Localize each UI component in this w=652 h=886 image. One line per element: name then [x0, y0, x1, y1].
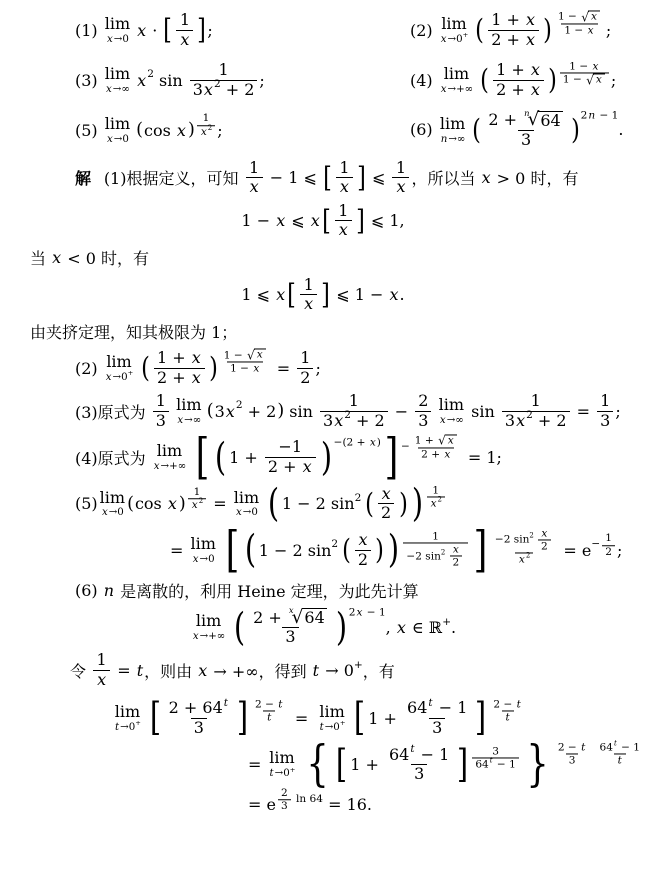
math-text: lim	[440, 116, 465, 133]
math-text: (6)	[410, 120, 438, 139]
limit-subscript: x→0+	[105, 372, 134, 382]
math-variable: t	[505, 712, 511, 724]
limit-name: lim	[100, 490, 125, 507]
math-variable: t	[312, 661, 320, 680]
math-text: 1 +	[415, 435, 437, 447]
limit-name: lim	[440, 116, 465, 133]
math-text: 1	[531, 392, 541, 410]
fraction: 13	[597, 392, 613, 430]
fraction: 12	[297, 349, 313, 387]
denominator: 3	[153, 411, 169, 430]
open-fence: [	[287, 282, 296, 308]
limit-operator: limx→0	[234, 490, 259, 518]
math-variable: x	[590, 12, 598, 24]
math-text: 1	[156, 392, 166, 410]
fence-content: 1x	[173, 11, 196, 49]
math-variable: x	[530, 81, 541, 99]
fenced-group: (1 + x2 + x)	[479, 61, 558, 99]
numerator: 2 + n√64	[485, 111, 566, 130]
math-variable: x	[105, 372, 113, 382]
fraction: 1 − x1 − √x	[560, 61, 609, 87]
numerator: 1 − √x	[221, 349, 270, 362]
limit-subscript: x→∞	[176, 415, 201, 425]
superscript: 2	[438, 497, 442, 505]
limit-subscript: t→0+	[269, 768, 296, 778]
close-fence: )	[209, 355, 218, 381]
math-text: 1	[339, 159, 349, 177]
math-text: < 0 时，有	[62, 246, 149, 269]
math-text: 64	[304, 609, 324, 627]
denominator: 3	[597, 411, 613, 430]
math-text: 1	[249, 159, 259, 177]
math-text: −	[591, 539, 600, 551]
numerator: 1	[153, 392, 169, 410]
limit-name: lim	[176, 397, 201, 414]
numerator: 1 − x	[566, 61, 602, 73]
math-variable: x	[395, 178, 406, 196]
limit-name: lim	[196, 613, 221, 630]
superscript: +	[354, 660, 363, 672]
math-text: lim	[234, 490, 259, 507]
math-variable: x	[191, 369, 202, 387]
math-text: 64	[600, 741, 613, 753]
fraction: x2	[354, 531, 371, 569]
fenced-group: (1 + −12 + x)	[213, 438, 334, 476]
close-fence: ]	[321, 282, 330, 308]
math-text: 3	[432, 719, 442, 737]
radical-body: x	[593, 74, 605, 87]
numerator: 1	[393, 159, 409, 177]
solution-6-intro: (6) n 是离散的，利用 Heine 定理，为此先计算	[30, 577, 646, 603]
math-text: →0	[200, 554, 215, 564]
math-text: ;	[617, 541, 622, 560]
superscript: 2	[331, 539, 338, 551]
problem-5: (5) limx→0(cos x)1x2;	[30, 116, 365, 144]
numerator: 1	[177, 11, 193, 29]
problem-1: (1) limx→0x · [1x];	[30, 11, 365, 49]
denominator: 3	[278, 800, 291, 813]
numerator: 1	[429, 530, 442, 542]
fenced-group: (cos x)	[127, 494, 186, 513]
math-text: 1 +	[491, 11, 525, 29]
math-text: cos	[144, 121, 176, 140]
fence-content: 1x	[333, 159, 356, 197]
close-fence: }	[526, 742, 548, 787]
math-text: ，则由	[144, 659, 197, 682]
math-text: =	[112, 661, 136, 680]
math-variable: n	[103, 581, 115, 600]
superscript: 23 ln 64	[276, 788, 323, 813]
radical-body: x	[445, 434, 457, 447]
limit-operator: limx→∞	[176, 397, 201, 425]
fraction: 13x2 + 2	[320, 392, 388, 430]
denominator: x	[336, 177, 353, 196]
math-text: 2	[331, 539, 338, 551]
math-text: 64	[475, 758, 488, 770]
denominator: t	[502, 711, 514, 724]
open-fence: [	[336, 747, 347, 782]
math-text: 2 +	[157, 369, 191, 387]
math-text: 3	[194, 719, 204, 737]
math-text: 64	[389, 746, 409, 764]
numerator: 1	[297, 349, 313, 367]
math-text: −	[401, 441, 410, 453]
math-text: 1 −	[241, 211, 275, 230]
math-text: 2	[199, 499, 203, 507]
math-text: − 1 ⩽	[265, 168, 322, 187]
open-fence: [	[323, 165, 332, 191]
numerator: 1 + x	[488, 11, 539, 29]
math-text: 1 −	[563, 74, 585, 86]
math-text: ·	[147, 21, 162, 40]
superscript: +	[463, 32, 469, 39]
radical: x√64	[288, 608, 327, 627]
math-text: −(2 +	[334, 438, 369, 450]
math-variable: x	[101, 507, 109, 517]
math-text: (6)	[75, 581, 103, 600]
limit-subscript: x→∞	[439, 415, 464, 425]
math-variable: t	[277, 699, 283, 711]
limit-subscript: x→+∞	[440, 84, 473, 94]
fraction: 13x2 + 2	[190, 61, 258, 99]
open-fence: (	[234, 610, 245, 645]
numerator: 1	[597, 392, 613, 410]
final-eq-line2: = limt→0+{[1 + 64t − 13]364t − 1}2 − t36…	[30, 742, 646, 787]
superscript: 2	[526, 410, 533, 422]
solution-5-line2: = limx→0[(1 − 2 sin2(x2))1−2 sin2x2]−2 s…	[30, 528, 646, 573]
math-variable: t	[617, 755, 623, 767]
fence-content: 1 + 64t − 13	[349, 746, 455, 784]
fraction: 364t − 1	[472, 745, 518, 770]
math-text: 3	[505, 412, 515, 430]
math-text: lim	[176, 397, 201, 414]
math-text: 2	[344, 410, 351, 422]
math-variable: x	[396, 618, 407, 637]
open-fence: (	[475, 17, 484, 43]
fraction: 64t − 13	[404, 699, 470, 737]
close-fence: )	[543, 17, 552, 43]
math-variable: x	[310, 211, 321, 230]
open-fence: [	[150, 700, 161, 735]
close-fence: ]	[237, 700, 248, 735]
open-fence: (	[207, 403, 214, 419]
numerator: x	[378, 485, 395, 503]
numerator: 1	[336, 159, 352, 177]
numerator: −1	[275, 438, 305, 456]
math-text: →0	[275, 768, 290, 778]
math-variable: x	[530, 61, 541, 79]
math-text: 2	[349, 608, 356, 620]
superscript: 2	[199, 499, 203, 507]
equation-positive-x: 1 − x ⩽ x[1x] ⩽ 1,	[30, 202, 646, 240]
superscript: 2	[236, 400, 243, 412]
math-text: + 2	[533, 412, 567, 430]
limit-subscript: x→0+	[440, 34, 469, 44]
fence-content: 1 + x2 + x	[151, 349, 208, 387]
limit-name: lim	[439, 397, 464, 414]
limit-subscript: x→0	[106, 134, 129, 144]
superscript: 1x2	[425, 484, 447, 509]
math-text: − 1	[416, 746, 450, 764]
math-variable: x	[338, 221, 349, 239]
final-eq-line3: = e23 ln 64 = 16.	[30, 792, 646, 818]
numerator: 1	[301, 276, 317, 294]
fraction: 2 + x√643	[250, 608, 331, 646]
fence-content: 1x	[332, 202, 355, 240]
math-text: 2	[208, 125, 212, 133]
fence-content: 1 + −12 + x	[228, 438, 319, 476]
math-text: −1	[278, 438, 302, 456]
limit-operator: limx→0	[105, 16, 130, 44]
math-text: 3	[156, 412, 166, 430]
math-text: 2	[418, 392, 428, 410]
math-variable: x	[339, 178, 350, 196]
math-text: =	[208, 494, 232, 513]
limit-operator: limx→0	[105, 116, 130, 144]
radical-body: x	[254, 349, 266, 362]
math-text: lim	[105, 66, 130, 83]
close-fence: )	[188, 122, 195, 138]
fraction: 23	[278, 788, 291, 813]
superscript: −(2 + x)	[334, 438, 381, 450]
superscript: t	[409, 744, 415, 756]
math-text: →0	[109, 507, 124, 517]
limit-operator: limx→0	[100, 490, 125, 518]
fraction: x2	[449, 543, 463, 568]
math-text: 1	[338, 202, 348, 220]
math-text: 2	[526, 410, 533, 422]
math-text: lim	[105, 16, 130, 33]
numerator: 2 − t	[555, 741, 590, 753]
math-text: =	[170, 541, 189, 560]
superscript: 1 − √x1 − x	[553, 11, 606, 37]
problem-6: (6) limn→∞(2 + n√643)2n − 1.	[365, 111, 624, 149]
superscript: t	[427, 698, 433, 710]
final-eq-line1: limt→0+[2 + 64t3]2 − tt= limt→0+[1 + 64t…	[30, 699, 646, 737]
math-text: 1 − 2 sin	[259, 541, 332, 560]
numerator: 2 + x√64	[250, 608, 331, 627]
denominator: 2	[602, 545, 615, 558]
fraction: x2	[537, 527, 551, 552]
squeeze-conclusion: 由夹挤定理，知其极限为 1；	[30, 318, 646, 344]
math-text: 2 +	[268, 458, 302, 476]
math-text: 当	[30, 246, 51, 269]
math-text: → 0	[320, 661, 354, 680]
fraction: 2 − t3	[555, 741, 590, 766]
open-fence: [	[354, 700, 365, 735]
fraction: 1 + x2 + x	[488, 11, 539, 49]
denominator: x	[300, 294, 317, 313]
open-fence: [	[322, 208, 331, 234]
math-variable: t	[409, 744, 415, 756]
denominator: t	[263, 711, 275, 724]
math-text: 2 −	[558, 741, 580, 753]
fence-content: (1 + −12 + x)−(2 + x)	[212, 438, 382, 476]
denominator: 2	[538, 539, 551, 552]
denominator: 2	[378, 503, 394, 522]
math-text: 2	[147, 69, 154, 81]
math-variable: x	[136, 71, 147, 90]
math-variable: x	[179, 31, 190, 49]
limit-subscript: x→0	[101, 507, 124, 517]
fence-content: 1x	[297, 276, 320, 314]
close-fence: )	[399, 491, 408, 517]
numerator: 2	[415, 392, 431, 410]
math-variable: x	[440, 84, 448, 94]
math-text: →∞	[447, 415, 464, 425]
limit-subscript: x→0	[192, 554, 215, 564]
math-text: 2	[214, 79, 221, 91]
math-text: 1	[432, 530, 439, 542]
fenced-group: (2 + n√643)	[471, 111, 580, 149]
math-text: 1 −	[569, 61, 591, 73]
math-variable: x	[369, 438, 377, 450]
denominator: 3	[518, 130, 534, 149]
math-variable: x	[51, 248, 62, 267]
math-variable: x	[191, 499, 199, 511]
fence-content: 1 + 64t − 13	[367, 699, 473, 737]
close-fence: ]	[475, 700, 486, 735]
math-variable: t	[580, 741, 586, 753]
math-text: →0	[114, 34, 129, 44]
superscript: 2	[441, 549, 445, 557]
math-text: (3)	[75, 71, 103, 90]
open-fence: (	[245, 532, 256, 567]
math-text: cos	[135, 494, 167, 513]
denominator: x	[392, 177, 409, 196]
math-variable: t	[266, 712, 272, 724]
problem-4: (4) limx→+∞(1 + x2 + x)1 − x1 − √x;	[365, 61, 616, 99]
radical-index: x	[288, 606, 295, 616]
math-text: 1	[218, 61, 228, 79]
math-text: 3	[414, 765, 424, 783]
math-text: = e	[248, 795, 276, 814]
solution-2: (2) limx→0+(1 + x2 + x)1 − √x1 − x = 12;	[30, 349, 646, 387]
fraction: 1x	[336, 159, 353, 197]
math-text: →0	[114, 134, 129, 144]
math-text: +	[442, 617, 451, 629]
fraction: −12 + x	[265, 438, 316, 476]
fraction: 1x	[335, 202, 352, 240]
limit-name: lim	[105, 66, 130, 83]
denominator: −2 sin2x2	[403, 542, 467, 568]
denominator: x	[93, 670, 110, 689]
denominator: 3	[191, 718, 207, 737]
radical-body: 64	[538, 111, 562, 130]
superscript: t	[613, 741, 618, 749]
math-text: sin	[284, 402, 318, 421]
math-text: =	[248, 755, 267, 774]
open-fence: [	[196, 435, 210, 480]
open-fence: (	[480, 67, 489, 93]
denominator: 3x2 + 2	[320, 411, 388, 430]
math-text: +	[135, 720, 141, 727]
fence-content: 1 − 2 sin2(x2)	[258, 531, 387, 569]
fraction: 23	[415, 392, 431, 430]
close-fence: ]	[474, 528, 488, 573]
math-text: −2 sin	[495, 534, 529, 546]
math-variable: x	[515, 412, 526, 430]
math-text: −	[390, 402, 414, 421]
limit-name: lim	[191, 536, 216, 553]
math-variable: x	[200, 126, 208, 138]
numerator: 1	[602, 533, 615, 545]
math-variable: x	[302, 458, 313, 476]
numerator: 1	[94, 651, 110, 669]
fenced-group: (1 − 2 sin2(x2))	[243, 531, 402, 569]
superscript: 2	[208, 125, 212, 133]
math-text: 2 +	[421, 448, 443, 460]
radical: √x	[586, 74, 605, 87]
close-fence: )	[548, 67, 557, 93]
numerator: 2 − t	[252, 699, 287, 711]
math-text: 2	[355, 493, 362, 505]
math-text: →∞	[184, 415, 201, 425]
denominator: x2	[188, 498, 206, 511]
numerator: 1 + x	[493, 61, 544, 79]
fence-content: 2 + n√643	[482, 111, 569, 149]
math-text: = 16.	[323, 795, 372, 814]
math-text: (5)	[75, 494, 98, 513]
math-variable: x	[525, 11, 536, 29]
numerator: 64t − 1	[597, 741, 643, 753]
superscript: 1x2	[195, 113, 217, 138]
limit-name: lim	[234, 490, 259, 507]
denominator: 2 + x	[154, 368, 205, 387]
close-fence: )	[571, 117, 580, 143]
math-variable: x	[176, 415, 184, 425]
math-text: →+∞	[161, 461, 187, 471]
math-text: ;	[315, 359, 320, 378]
fraction: 1 − √x1 − x	[555, 11, 604, 37]
math-text: 1 +	[229, 448, 263, 467]
fence-content: x2	[351, 531, 374, 569]
denominator: 3x2 + 2	[502, 411, 570, 430]
math-text: 2	[441, 549, 445, 557]
fraction: x2	[378, 485, 395, 523]
limit-subscript: x→0	[235, 507, 258, 517]
close-fence: )	[376, 537, 385, 563]
math-variable: x	[191, 349, 202, 367]
math-text: 3	[215, 402, 225, 421]
math-text: 3	[418, 412, 428, 430]
denominator: x	[335, 220, 352, 239]
open-fence: (	[136, 122, 143, 138]
math-text: 3	[492, 745, 499, 757]
math-variable: x	[525, 31, 536, 49]
close-fence: )	[277, 403, 284, 419]
denominator: 2 + x	[418, 447, 454, 460]
math-text: sin	[154, 71, 188, 90]
fraction: 12	[602, 533, 615, 558]
math-variable: x	[355, 608, 363, 620]
math-text: 1 −	[230, 362, 252, 374]
solution-5-line1: (5)limx→0(cos x)1x2 = limx→0(1 − 2 sin2(…	[30, 485, 646, 523]
math-variable: x	[252, 362, 260, 374]
math-text: − 1	[363, 608, 385, 620]
math-text: 1	[180, 11, 190, 29]
math-text: 64	[540, 112, 560, 130]
fenced-group: (1 + x2 + x)	[140, 349, 219, 387]
math-variable: x	[288, 606, 295, 616]
math-text: 令	[70, 659, 91, 682]
math-text: →0	[113, 372, 128, 382]
close-fence: )	[411, 486, 422, 521]
problem-3: (3) limx→∞x2 sin 13x2 + 2;	[30, 61, 365, 99]
math-text: 2 +	[496, 81, 530, 99]
numerator: 64t − 1	[404, 699, 470, 717]
math-text: ∈ ℝ	[407, 618, 442, 637]
